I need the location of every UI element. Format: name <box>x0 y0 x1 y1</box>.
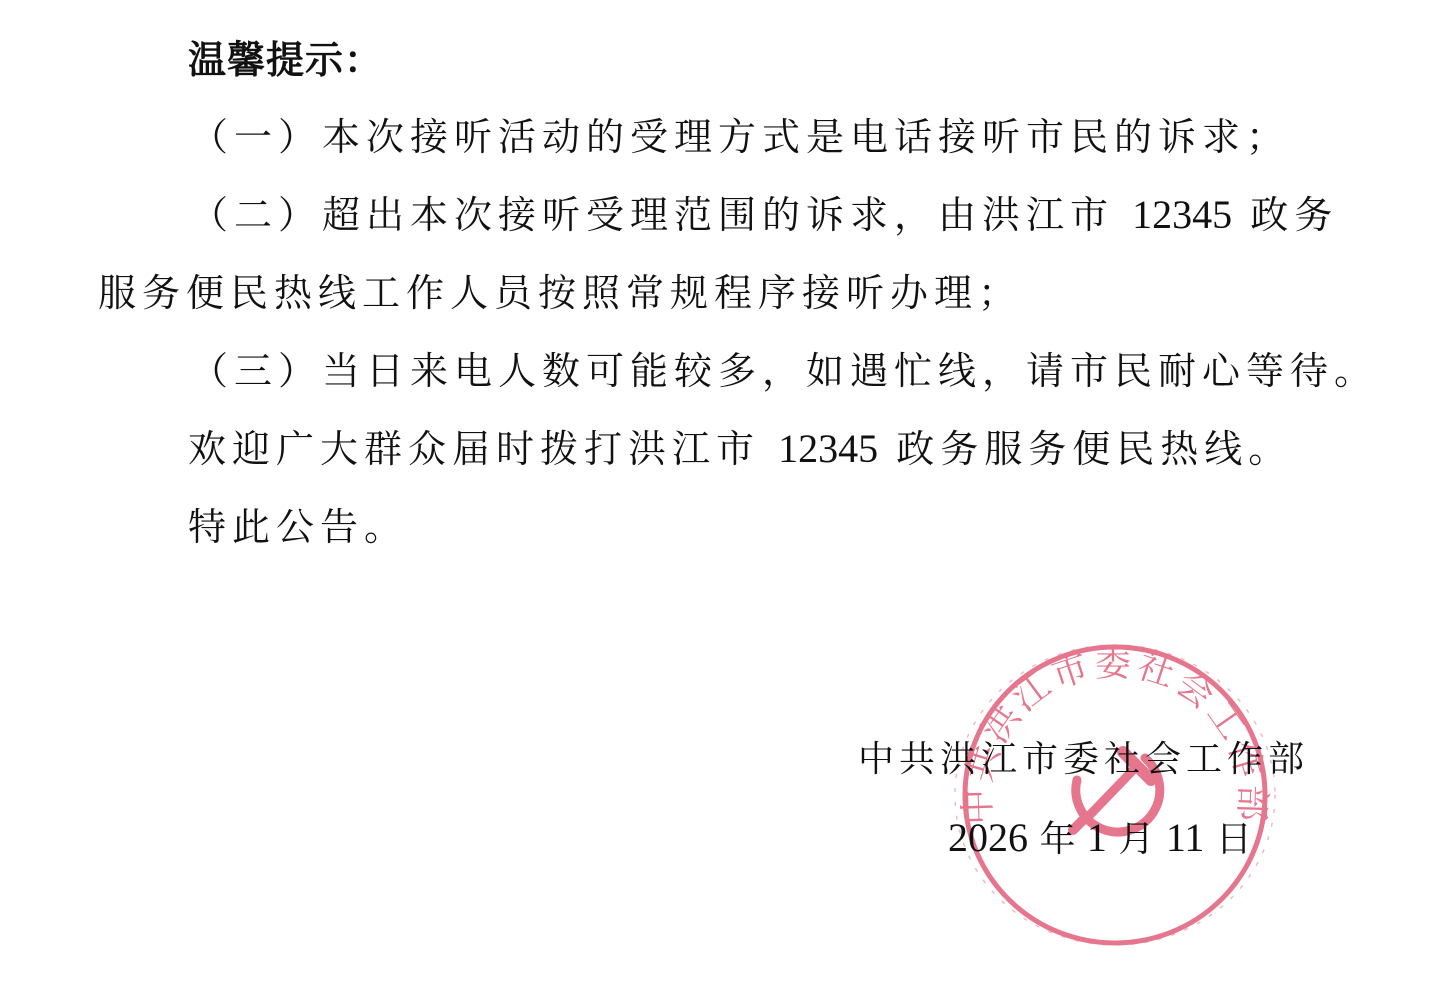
item-text: 政务 <box>1250 193 1338 237</box>
notice-heading: 温馨提示： <box>188 40 383 80</box>
item-text: 本次接听活动的受理方式是电话接听市民的诉求； <box>322 115 1290 159</box>
date-month-unit: 月 <box>1118 819 1154 860</box>
date-year: 2026 <box>948 815 1028 860</box>
welcome-line: 欢迎广大群众届时拨打洪江市 12345 政务服务便民热线。 <box>188 429 1292 469</box>
notice-item-2-cont: 服务便民热线工作人员按照常规程序接听办理； <box>98 273 1022 313</box>
item-prefix: （一） <box>190 115 322 159</box>
notice-item-1: （一）本次接听活动的受理方式是电话接听市民的诉求； <box>190 117 1290 157</box>
signature-organization: 中共洪江市委社会工作部 <box>858 740 1309 780</box>
hotline-number: 12345 <box>778 426 878 471</box>
item-text: 当日来电人数可能较多，如遇忙线，请市民耐心等待。 <box>322 349 1378 393</box>
item-prefix: （二） <box>190 193 322 237</box>
notice-item-2: （二）超出本次接听受理范围的诉求，由洪江市 12345 政务 <box>190 195 1338 235</box>
welcome-text: 政务服务便民热线。 <box>896 427 1292 471</box>
date-month: 1 <box>1087 815 1107 860</box>
official-seal-icon: 中共洪江市委社会工作部 <box>945 640 1285 950</box>
closing-line: 特此公告。 <box>188 507 408 547</box>
date-day-unit: 日 <box>1216 819 1252 860</box>
hotline-number: 12345 <box>1132 192 1232 237</box>
item-prefix: （三） <box>190 349 322 393</box>
svg-text:中共洪江市委社会工作部: 中共洪江市委社会工作部 <box>957 644 1272 826</box>
welcome-text: 欢迎广大群众届时拨打洪江市 <box>188 427 760 471</box>
signature-date: 2026 年 1 月 11 日 <box>948 818 1252 860</box>
date-day: 11 <box>1166 815 1205 860</box>
date-year-unit: 年 <box>1039 819 1075 860</box>
item-text: 超出本次接听受理范围的诉求，由洪江市 <box>322 193 1114 237</box>
notice-item-3: （三）当日来电人数可能较多，如遇忙线，请市民耐心等待。 <box>190 351 1378 391</box>
